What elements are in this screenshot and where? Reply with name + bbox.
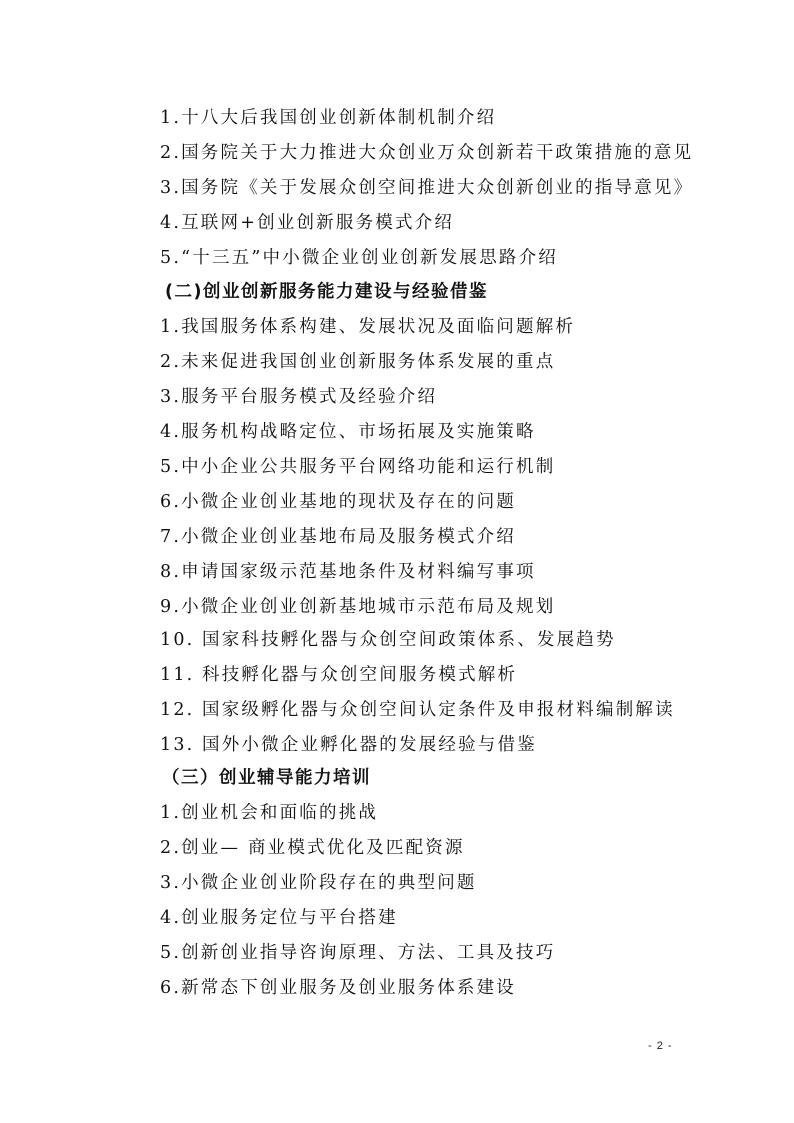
item-text: 申请国家级示范基地条件及材料编写事项 — [181, 562, 536, 582]
item-number: 5. — [160, 246, 181, 270]
item-text: 小微企业创业阶段存在的典型问题 — [181, 873, 477, 893]
item-text: 创新创业指导咨询原理、方法、工具及技巧 — [181, 943, 555, 963]
list-item: 9.小微企业创业创新基地城市示范布局及规划 — [160, 595, 555, 619]
item-text: 未来促进我国创业创新服务体系发展的重点 — [181, 352, 555, 372]
page-number: - 2 - — [648, 1040, 673, 1052]
list-item: 10.国家科技孵化器与众创空间政策体系、发展趋势 — [160, 628, 616, 652]
list-item: 6.小微企业创业基地的现状及存在的问题 — [160, 490, 516, 514]
list-item: 13.国外小微企业孵化器的发展经验与借鉴 — [160, 733, 537, 757]
item-number: 13. — [160, 733, 202, 757]
item-number: 6. — [160, 490, 181, 514]
item-text: 科技孵化器与众创空间服务模式解析 — [202, 665, 517, 685]
item-text: 国家级孵化器与众创空间认定条件及申报材料编制解读 — [202, 700, 675, 720]
item-text: 创业服务定位与平台搭建 — [181, 908, 398, 928]
document-page: 1.十八大后我国创业创新体制机制介绍 2.国务院关于大力推进大众创业万众创新若干… — [0, 0, 794, 1123]
list-item: 4.服务机构战略定位、市场拓展及实施策略 — [160, 420, 536, 444]
item-text: 新常态下创业服务及创业服务体系建设 — [181, 978, 516, 998]
list-item: 1.我国服务体系构建、发展状况及面临问题解析 — [160, 315, 575, 339]
item-text: 国务院《关于发展众创空间推进大众创新创业的指导意见》 — [181, 178, 693, 198]
item-text: 服务平台服务模式及经验介绍 — [181, 387, 437, 407]
item-number: 7. — [160, 525, 181, 549]
item-number: 3. — [160, 385, 181, 409]
item-number: 10. — [160, 628, 202, 652]
list-item: 2.国务院关于大力推进大众创业万众创新若干政策措施的意见 — [160, 141, 693, 165]
item-number: 2. — [160, 141, 181, 165]
list-item: 6.新常态下创业服务及创业服务体系建设 — [160, 976, 516, 1000]
list-item: 4.互联网+创业创新服务模式介绍 — [160, 211, 454, 235]
item-number: 1. — [160, 106, 181, 130]
list-item: 11.科技孵化器与众创空间服务模式解析 — [160, 663, 517, 687]
list-item: 2.未来促进我国创业创新服务体系发展的重点 — [160, 350, 555, 374]
list-item: 3.服务平台服务模式及经验介绍 — [160, 385, 437, 409]
item-text: 中小企业公共服务平台网络功能和运行机制 — [181, 457, 555, 477]
item-number: 11. — [160, 663, 202, 687]
item-number: 4. — [160, 906, 181, 930]
section-heading: (二)创业创新服务能力建设与经验借鉴 — [165, 280, 488, 304]
list-item: 12.国家级孵化器与众创空间认定条件及申报材料编制解读 — [160, 698, 675, 722]
item-number: 4. — [160, 420, 181, 444]
item-number: 9. — [160, 595, 181, 619]
item-text: 十八大后我国创业创新体制机制介绍 — [181, 108, 496, 128]
item-text: 互联网+创业创新服务模式介绍 — [181, 213, 454, 233]
item-number: 5. — [160, 941, 181, 965]
item-text: 创业— 商业模式优化及匹配资源 — [181, 838, 465, 858]
list-item: 7.小微企业创业基地布局及服务模式介绍 — [160, 525, 516, 549]
list-item: 3.小微企业创业阶段存在的典型问题 — [160, 871, 477, 895]
item-text: 小微企业创业基地布局及服务模式介绍 — [181, 527, 516, 547]
list-item: 5.创新创业指导咨询原理、方法、工具及技巧 — [160, 941, 555, 965]
item-number: 6. — [160, 976, 181, 1000]
item-number: 2. — [160, 836, 181, 860]
list-item: 1.十八大后我国创业创新体制机制介绍 — [160, 106, 496, 130]
list-item: 8.申请国家级示范基地条件及材料编写事项 — [160, 560, 536, 584]
item-text: 创业机会和面临的挑战 — [181, 803, 378, 823]
list-item: 5.中小企业公共服务平台网络功能和运行机制 — [160, 455, 555, 479]
section-heading: （三）创业辅导能力培训 — [162, 766, 371, 790]
item-number: 3. — [160, 871, 181, 895]
item-number: 3. — [160, 176, 181, 200]
item-text: 小微企业创业创新基地城市示范布局及规划 — [181, 597, 555, 617]
list-item: 2.创业— 商业模式优化及匹配资源 — [160, 836, 465, 860]
item-text: 国务院关于大力推进大众创业万众创新若干政策措施的意见 — [181, 143, 693, 163]
item-number: 4. — [160, 211, 181, 235]
item-text: 国家科技孵化器与众创空间政策体系、发展趋势 — [202, 630, 616, 650]
item-text: 国外小微企业孵化器的发展经验与借鉴 — [202, 735, 537, 755]
item-number: 8. — [160, 560, 181, 584]
item-number: 2. — [160, 350, 181, 374]
item-text: 小微企业创业基地的现状及存在的问题 — [181, 492, 516, 512]
list-item: 4.创业服务定位与平台搭建 — [160, 906, 398, 930]
list-item: 5.“十三五”中小微企业创业创新发展思路介绍 — [160, 246, 558, 270]
list-item: 3.国务院《关于发展众创空间推进大众创新创业的指导意见》 — [160, 176, 693, 200]
item-number: 5. — [160, 455, 181, 479]
item-text: 服务机构战略定位、市场拓展及实施策略 — [181, 422, 536, 442]
list-item: 1.创业机会和面临的挑战 — [160, 801, 378, 825]
item-number: 1. — [160, 801, 181, 825]
item-number: 1. — [160, 315, 181, 339]
item-number: 12. — [160, 698, 202, 722]
item-text: 我国服务体系构建、发展状况及面临问题解析 — [181, 317, 575, 337]
item-text: “十三五”中小微企业创业创新发展思路介绍 — [181, 248, 558, 268]
